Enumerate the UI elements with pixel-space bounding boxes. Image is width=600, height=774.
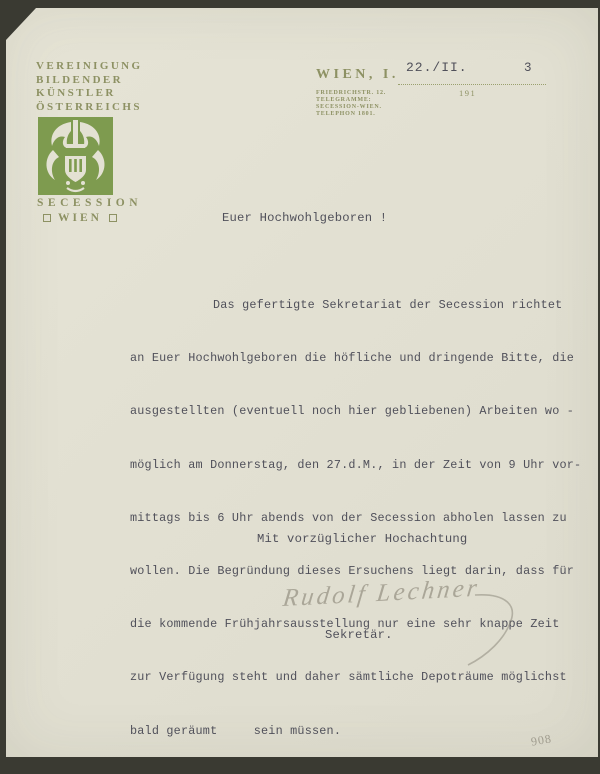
address-line: FRIEDRICHSTR. 12. [316,90,386,97]
square-ornament-icon [109,214,117,222]
body-line: ausgestellten (eventuell noch hier gebli… [130,399,570,424]
letterhead-wien: WIEN [37,212,123,224]
square-ornament-icon [43,214,51,222]
letterhead-wien-label: WIEN [58,212,102,224]
letterhead-organisation: VEREINIGUNG BILDENDER KÜNSTLER ÖSTERREIC… [36,60,142,114]
address-line: TELEPHON 1801. [316,111,386,118]
body-line: mittags bis 6 Uhr abends von der Secessi… [130,506,570,531]
letterhead-line: VEREINIGUNG [36,60,142,74]
typed-date: 22./II. [406,60,468,75]
address-line: SECESSION-WIEN. [316,104,386,111]
letter-body: Das gefertigte Sekretariat der Secession… [130,265,570,772]
date-rule [398,84,546,85]
signature-flourish-icon [430,585,530,675]
signature-title: Sekretär. [325,628,393,642]
secession-mask-emblem-icon [38,117,113,195]
body-line: wollen. Die Begründung dieses Ersuchens … [130,559,570,584]
body-line: an Euer Hochwohlgeboren die höfliche und… [130,346,570,371]
typed-year-digit: 3 [524,61,532,75]
address-line: TELEGRAMME: [316,97,386,104]
body-line: möglich am Donnerstag, den 27.d.M., in d… [130,453,570,478]
body-line: bald geräumt sein müssen. [130,719,570,744]
letterhead-city: WIEN, I. [316,67,399,83]
letterhead-secession: SECESSION [37,197,142,209]
letterhead-line: KÜNSTLER [36,87,142,101]
letterhead-address: FRIEDRICHSTR. 12. TELEGRAMME: SECESSION-… [316,90,386,118]
letterhead-line: ÖSTERREICHS [36,101,142,115]
printed-year: 191 [459,88,476,98]
letterhead-line: BILDENDER [36,74,142,88]
closing-formula: Mit vorzüglicher Hochachtung [257,532,467,546]
scanned-letter: VEREINIGUNG BILDENDER KÜNSTLER ÖSTERREIC… [0,0,600,774]
salutation: Euer Hochwohlgeboren ! [222,211,387,225]
body-line: Das gefertigte Sekretariat der Secession… [130,293,570,318]
